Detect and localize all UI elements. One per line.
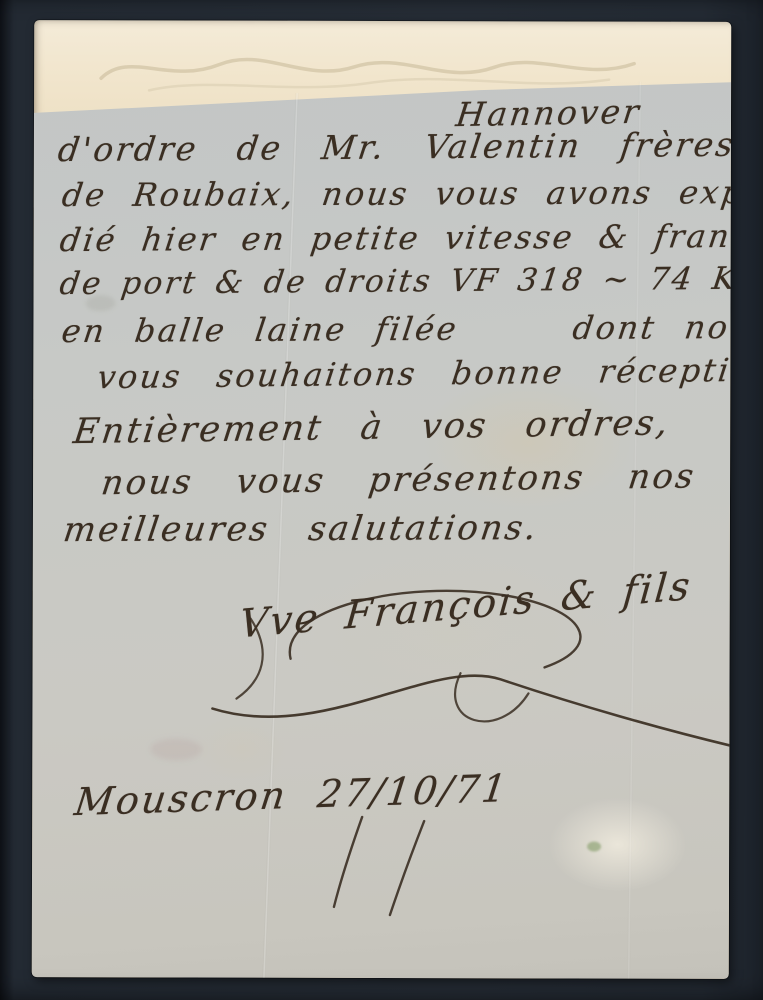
handwritten-line-9: meilleures salutations. (61, 508, 541, 550)
handwritten-line-2: de Roubaix, nous vous avons expé- (60, 173, 732, 214)
handwritten-line-7: Entièrement à vos ordres, (71, 403, 672, 452)
handwritten-line-4: de port & de droits VF 318 ~ 74 Kilos (58, 260, 732, 302)
handwritten-line-3: dié hier en petite vitesse & franco (58, 217, 732, 259)
handwriting-layer: Hannover d'ordre de Mr. Valentin frères … (32, 20, 732, 979)
signature-flourish (192, 561, 731, 772)
photo-backdrop: Hannover d'ordre de Mr. Valentin frères … (0, 0, 763, 1000)
handwritten-line-6: vous souhaitons bonne réception (95, 350, 731, 396)
handwritten-line-8: nous vous présentons nos (99, 456, 698, 503)
handwritten-line-1: d'ordre de Mr. Valentin frères (56, 125, 731, 169)
handwritten-line-5: en balle laine filée dont nous (59, 308, 731, 350)
dateline-flourish (332, 811, 492, 921)
album-mount-paper: Hannover d'ordre de Mr. Valentin frères … (32, 20, 732, 979)
